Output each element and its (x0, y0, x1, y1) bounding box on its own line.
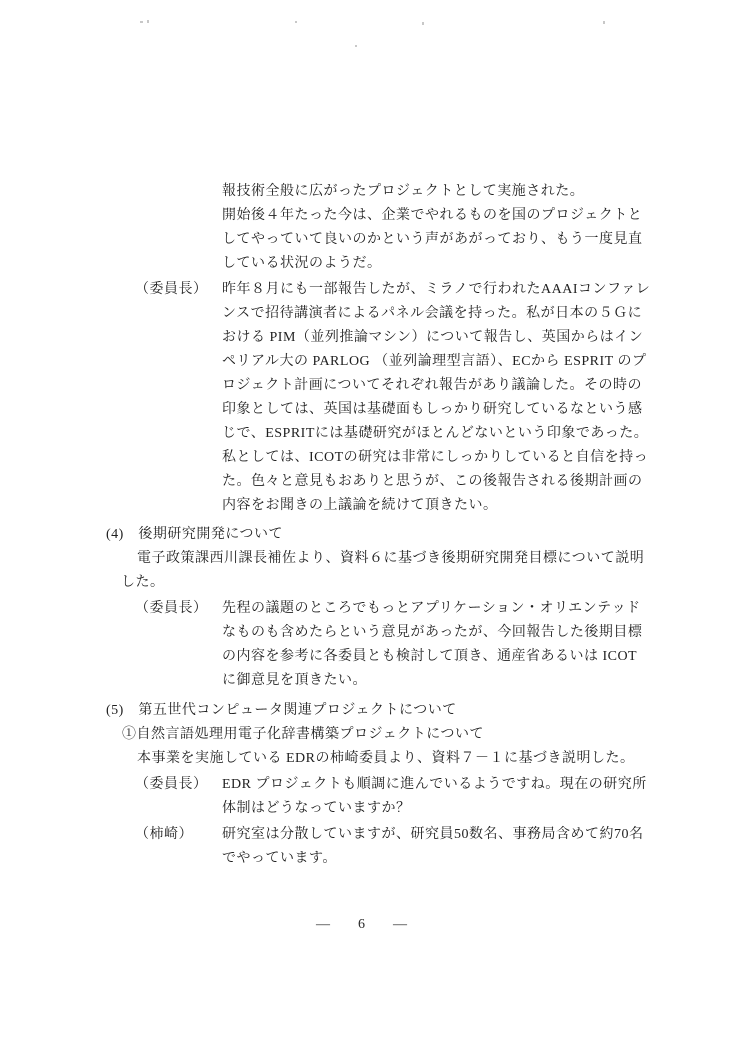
scan-speck (422, 22, 424, 25)
heading-line: (5) 第五世代コンピュータ関連プロジェクトについて (106, 699, 750, 723)
text-line: 研究室は分散していますが、研究員50数名、事務局含めて約70名 (222, 823, 750, 847)
text-line: 昨年８月にも一部報告したが、ミラノで行われたAAAIコンファレ (222, 278, 750, 302)
text-line: に御意見を頂きたい。 (222, 669, 750, 693)
text-line: た。色々と意見もおありと思うが、この後報告される後期計画の (222, 470, 750, 494)
plain-block: 報技術全般に広がったプロジェクトとして実施された。開始後４年たった今は、企業でや… (222, 180, 750, 276)
scan-speck (295, 21, 297, 23)
text-line: なものも含めたらという意見があったが、今回報告した後期目標 (222, 621, 750, 645)
heading-block: (5) 第五世代コンピュータ関連プロジェクトについて (106, 699, 750, 723)
text-line: でやっています。 (222, 847, 750, 871)
text-line: 先程の議題のところでもっとアプリケーション・オリエンテッド (222, 597, 750, 621)
paragraph-block: 本事業を実施している EDRの柿崎委員より、資料７－１に基づき説明した。 (121, 747, 750, 771)
text-line: 本事業を実施している EDRの柿崎委員より、資料７－１に基づき説明した。 (121, 747, 750, 771)
text-line: EDR プロジェクトも順調に進んでいるようですね。現在の研究所 (222, 773, 750, 797)
scan-speck (147, 20, 149, 23)
text-line: ペリアル大の PARLOG （並列論理型言語）、ECから ESPRIT のプ (222, 350, 750, 374)
speech-block: （柿崎）研究室は分散していますが、研究員50数名、事務局含めて約70名でやってい… (222, 823, 750, 871)
text-line: の内容を参考に各委員とも検討して頂き、通産省あるいは ICOT (222, 645, 750, 669)
speaker-label: （委員長） (135, 597, 208, 621)
text-line: じで、ESPRITには基礎研究がほとんどないという印象であった。 (222, 422, 750, 446)
scan-speck (355, 45, 357, 47)
scan-speck (140, 21, 143, 23)
speech-block: （委員長）先程の議題のところでもっとアプリケーション・オリエンテッドなものも含め… (222, 597, 750, 693)
text-line: おける PIM（並列推論マシン）について報告し、英国からはイン (222, 326, 750, 350)
speaker-label: （委員長） (135, 773, 208, 797)
speech-block: （委員長）昨年８月にも一部報告したが、ミラノで行われたAAAIコンファレンスで招… (222, 278, 750, 518)
text-line: している状況のようだ。 (222, 252, 750, 276)
text-line: ンスで招待講演者によるパネル会議を持った。私が日本の５Ｇに (222, 302, 750, 326)
speaker-label: （委員長） (135, 278, 208, 302)
speech-block: （委員長）EDR プロジェクトも順調に進んでいるようですね。現在の研究所体制はど… (222, 773, 750, 821)
text-line: 報技術全般に広がったプロジェクトとして実施された。 (222, 180, 750, 204)
text-line: してやっていて良いのかという声があがっており、もう一度見直 (222, 228, 750, 252)
subheading-block: ①自然言語処理用電子化辞書構築プロジェクトについて (122, 723, 750, 747)
heading-line: (4) 後期研究開発について (106, 523, 750, 547)
text-line: 印象としては、英国は基礎面もしっかり研究しているなという感 (222, 398, 750, 422)
scanned-document-page: 報技術全般に広がったプロジェクトとして実施された。開始後４年たった今は、企業でや… (0, 0, 750, 1054)
text-line: 内容をお聞きの上議論を続けて頂きたい。 (222, 494, 750, 518)
paragraph-block: 電子政策課西川課長補佐より、資料６に基づき後期研究開発目標について説明した。 (121, 547, 750, 595)
document-blocks: 報技術全般に広がったプロジェクトとして実施された。開始後４年たった今は、企業でや… (0, 180, 750, 871)
heading-line: ①自然言語処理用電子化辞書構築プロジェクトについて (122, 723, 750, 747)
page-number: ― 6 ― (0, 915, 730, 935)
text-line: 開始後４年たった今は、企業でやれるものを国のプロジェクトと (222, 204, 750, 228)
text-line: 私としては、ICOTの研究は非常にしっかりしていると自信を持っ (222, 446, 750, 470)
text-line: 体制はどうなっていますか？ (222, 797, 750, 821)
scan-speck (603, 21, 605, 24)
text-line: ロジェクト計画についてそれぞれ報告があり議論した。その時の (222, 374, 750, 398)
heading-block: (4) 後期研究開発について (106, 523, 750, 547)
speaker-label: （柿崎） (135, 823, 193, 847)
text-line: した。 (121, 571, 750, 595)
text-line: 電子政策課西川課長補佐より、資料６に基づき後期研究開発目標について説明 (121, 547, 750, 571)
